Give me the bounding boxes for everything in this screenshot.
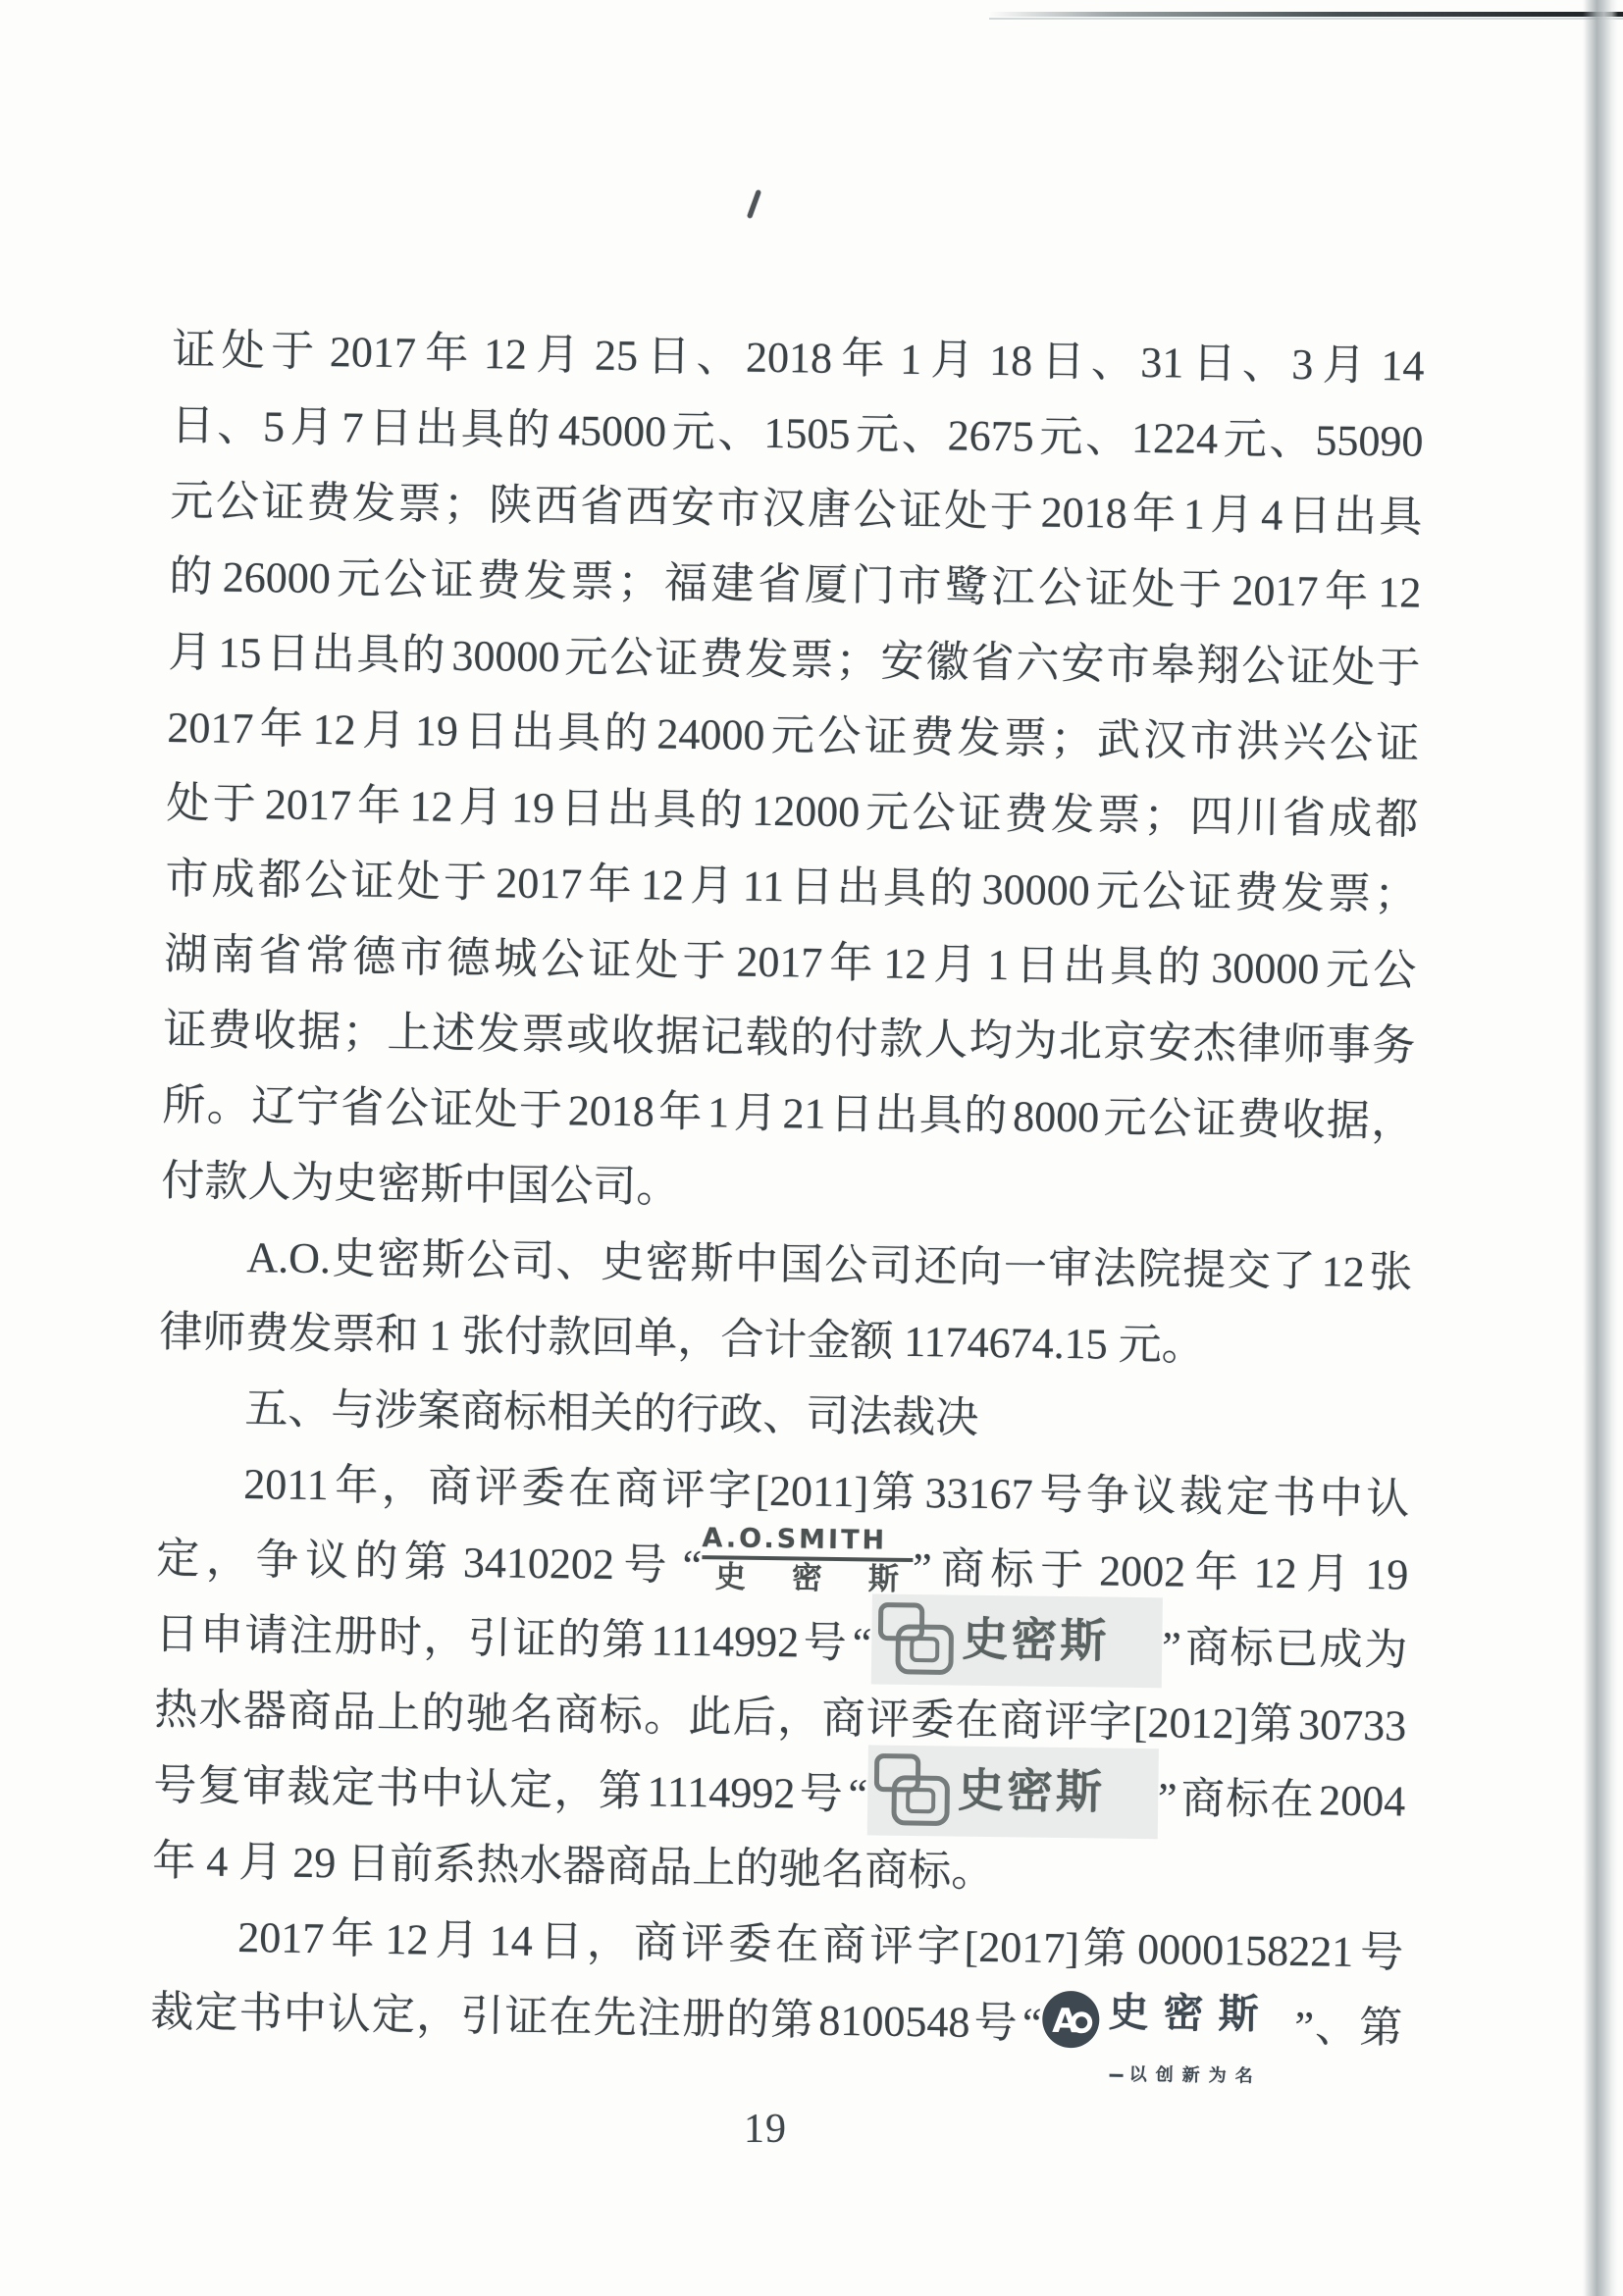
scanned-document-page: 证处于 2017 年 12 月 25 日、2018 年 1 月 18 日、31 … (0, 0, 1623, 2296)
trademark-chinese-text: 史密斯 (1108, 1991, 1263, 2036)
page-number: 19 (744, 2106, 787, 2153)
text-run: 号复审裁定书中认定，第 1114992 号 “ (153, 1761, 867, 1819)
text-run: 月 15 日出具的 30000 元公证费发票；安徽省六安市皋翔公证处于 (168, 628, 1421, 693)
text-run: 2017 年 12 月 19 日出具的 24000 元公证费发票；武汉市洪兴公证 (167, 704, 1420, 768)
text-run: A.O.史密斯公司、史密斯中国公司还向一审法院提交了 12 张 (246, 1233, 1413, 1297)
body-text: 证处于 2017 年 12 月 25 日、2018 年 1 月 18 日、31 … (150, 312, 1425, 2066)
text-run: 日、5 月 7 日出具的 45000 元、1505 元、2675 元、1224 … (171, 401, 1424, 466)
text-run: 定，争议的第 3410202 号 “ (156, 1535, 702, 1590)
text-run: 湖南省常德市德城公证处于 2017 年 12 月 1 日出具的 30000 元公 (164, 930, 1417, 995)
text-run: 所。辽宁省公证处于 2018 年 1 月 21 日出具的 8000 元公证费收据… (162, 1081, 1415, 1146)
trademark-latin-text: A.O.SMITH (702, 1525, 913, 1562)
text-run: 市成都公证处于 2017 年 12 月 11 日出具的 30000 元公证费发票… (165, 855, 1418, 919)
text-run: 2011 年，商评委在商评字[2011]第 33167 号争议裁定书中认 (243, 1460, 1410, 1524)
text-run: 日申请注册时，引证的第 1114992 号 “ (155, 1610, 872, 1668)
text-run: 证费收据；上述发票或收据记载的付款人均为北京安杰律师事务 (163, 1006, 1416, 1070)
text-run: 的 26000 元公证费发票；福建省厦门市鹭江公证处于 2017 年 12 (169, 552, 1422, 617)
text-run: ”、第 (1294, 2003, 1402, 2052)
trademark-ao-smith-inner: A.O.SMITH史密斯 (702, 1525, 914, 1597)
trademark-chinese-text: 史密斯 (962, 1597, 1110, 1686)
text-run: ” 商标于 2002 年 12 月 19 (913, 1544, 1409, 1599)
trademark-emblem-shimisi: 史密斯 (867, 1769, 1159, 1820)
stray-pen-mark (747, 189, 761, 219)
text-line: 裁定书中认定，引证在先注册的第 8100548 号 “A史密斯以创新为名”、第 (150, 1974, 1403, 2066)
text-run: 元公证费发票；陕西省西安市汉唐公证处于 2018 年 1 月 4 日出具 (170, 477, 1423, 542)
text-run: ” 商标已成为 (1162, 1623, 1408, 1674)
trademark-ao-circle-inner: A史密斯以创新为名 (1040, 1990, 1263, 2114)
text-run: ” 商标在 2004 (1158, 1774, 1406, 1825)
text-run: 五、与涉案商标相关的行政、司法裁决 (244, 1384, 979, 1442)
text-run: 付款人为史密斯中国公司。 (161, 1157, 680, 1212)
trademark-tagline: 以创新为名 (1107, 2037, 1262, 2114)
trademark-emblem-inner: 史密斯 (866, 1745, 1158, 1839)
text-run: 律师费发票和 1 张付款回单，合计金额 1174674.15 元。 (159, 1308, 1205, 1370)
ao-monogram-icon: A (1041, 1990, 1101, 2050)
text-run: 热水器商品上的驰名商标。此后，商评委在商评字[2012]第 30733 (154, 1686, 1407, 1750)
trademark-text-column: 史密斯以创新为名 (1107, 1991, 1263, 2114)
text-run: 年 4 月 29 日前系热水器商品上的驰名商标。 (152, 1837, 995, 1896)
scan-edge-right-shadow (1583, 0, 1618, 2296)
trademark-chinese-text: 史密斯 (957, 1748, 1105, 1837)
emblem-icon (873, 1595, 961, 1683)
trademark-ao-smith-wordmark: A.O.SMITH史密斯 (702, 1540, 914, 1591)
emblem-icon (868, 1747, 956, 1834)
text-run: 2017 年 12 月 14 日，商评委在商评字[2017]第 00001582… (237, 1913, 1404, 1977)
trademark-chinese-text: 史密斯 (702, 1560, 913, 1597)
text-run: 处于 2017 年 12 月 19 日出具的 12000 元公证费发票；四川省成… (166, 779, 1419, 844)
trademark-ao-circle: A史密斯以创新为名 (1041, 1999, 1295, 2049)
trademark-emblem-shimisi: 史密斯 (871, 1618, 1163, 1669)
text-run: 证处于 2017 年 12 月 25 日、2018 年 1 月 18 日、31 … (172, 326, 1425, 391)
trademark-emblem-inner: 史密斯 (871, 1593, 1163, 1688)
text-run: 裁定书中认定，引证在先注册的第 8100548 号 “ (150, 1988, 1042, 2048)
scan-edge-top-line (989, 12, 1623, 17)
